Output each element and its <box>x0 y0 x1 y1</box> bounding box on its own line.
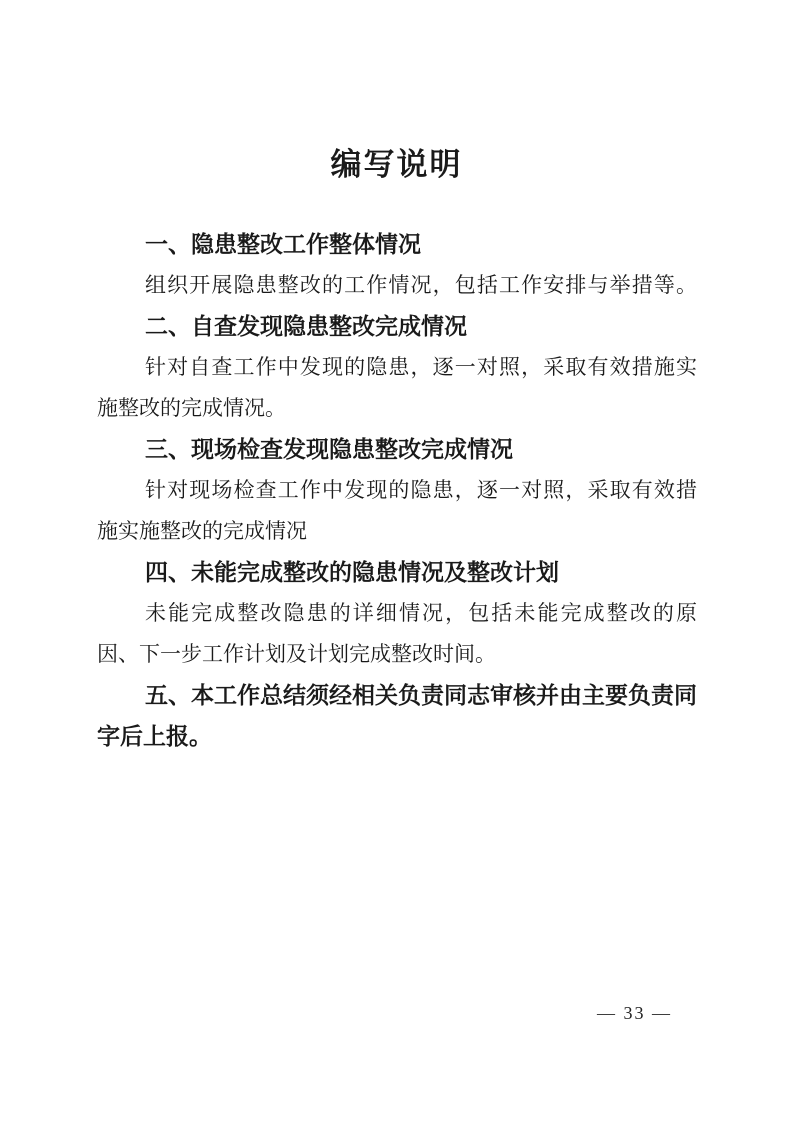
section-3-heading: 三、现场检查发现隐患整改完成情况 <box>97 429 697 470</box>
section-2-body-line-2: 施整改的完成情况。 <box>97 388 697 429</box>
section-2-heading: 二、自查发现隐患整改完成情况 <box>97 306 697 347</box>
page-number: — 33 — <box>597 999 672 1027</box>
document-title: 编写说明 <box>0 142 793 188</box>
section-4-heading: 四、未能完成整改的隐患情况及整改计划 <box>97 552 697 593</box>
section-3-body-line-2: 施实施整改的完成情况 <box>97 511 697 552</box>
section-1-body-line-1: 组织开展隐患整改的工作情况，包括工作安排与举措等。 <box>97 265 697 306</box>
section-2-body-line-1: 针对自查工作中发现的隐患，逐一对照，采取有效措施实 <box>97 347 697 388</box>
section-3-body-line-1: 针对现场检查工作中发现的隐患，逐一对照，采取有效措 <box>97 470 697 511</box>
section-4-body-line-2: 因、下一步工作计划及计划完成整改时间。 <box>97 634 697 675</box>
section-1-heading: 一、隐患整改工作整体情况 <box>97 224 697 265</box>
document-page: 编写说明 一、隐患整改工作整体情况 组织开展隐患整改的工作情况，包括工作安排与举… <box>0 0 793 1122</box>
section-4-body-line-1: 未能完成整改隐患的详细情况，包括未能完成整改的原 <box>97 593 697 634</box>
section-5-heading-line-2: 字后上报。 <box>97 716 697 757</box>
document-body: 一、隐患整改工作整体情况 组织开展隐患整改的工作情况，包括工作安排与举措等。 二… <box>97 224 697 757</box>
section-5-heading-line-1: 五、本工作总结须经相关负责同志审核并由主要负责同志签 <box>97 675 697 716</box>
